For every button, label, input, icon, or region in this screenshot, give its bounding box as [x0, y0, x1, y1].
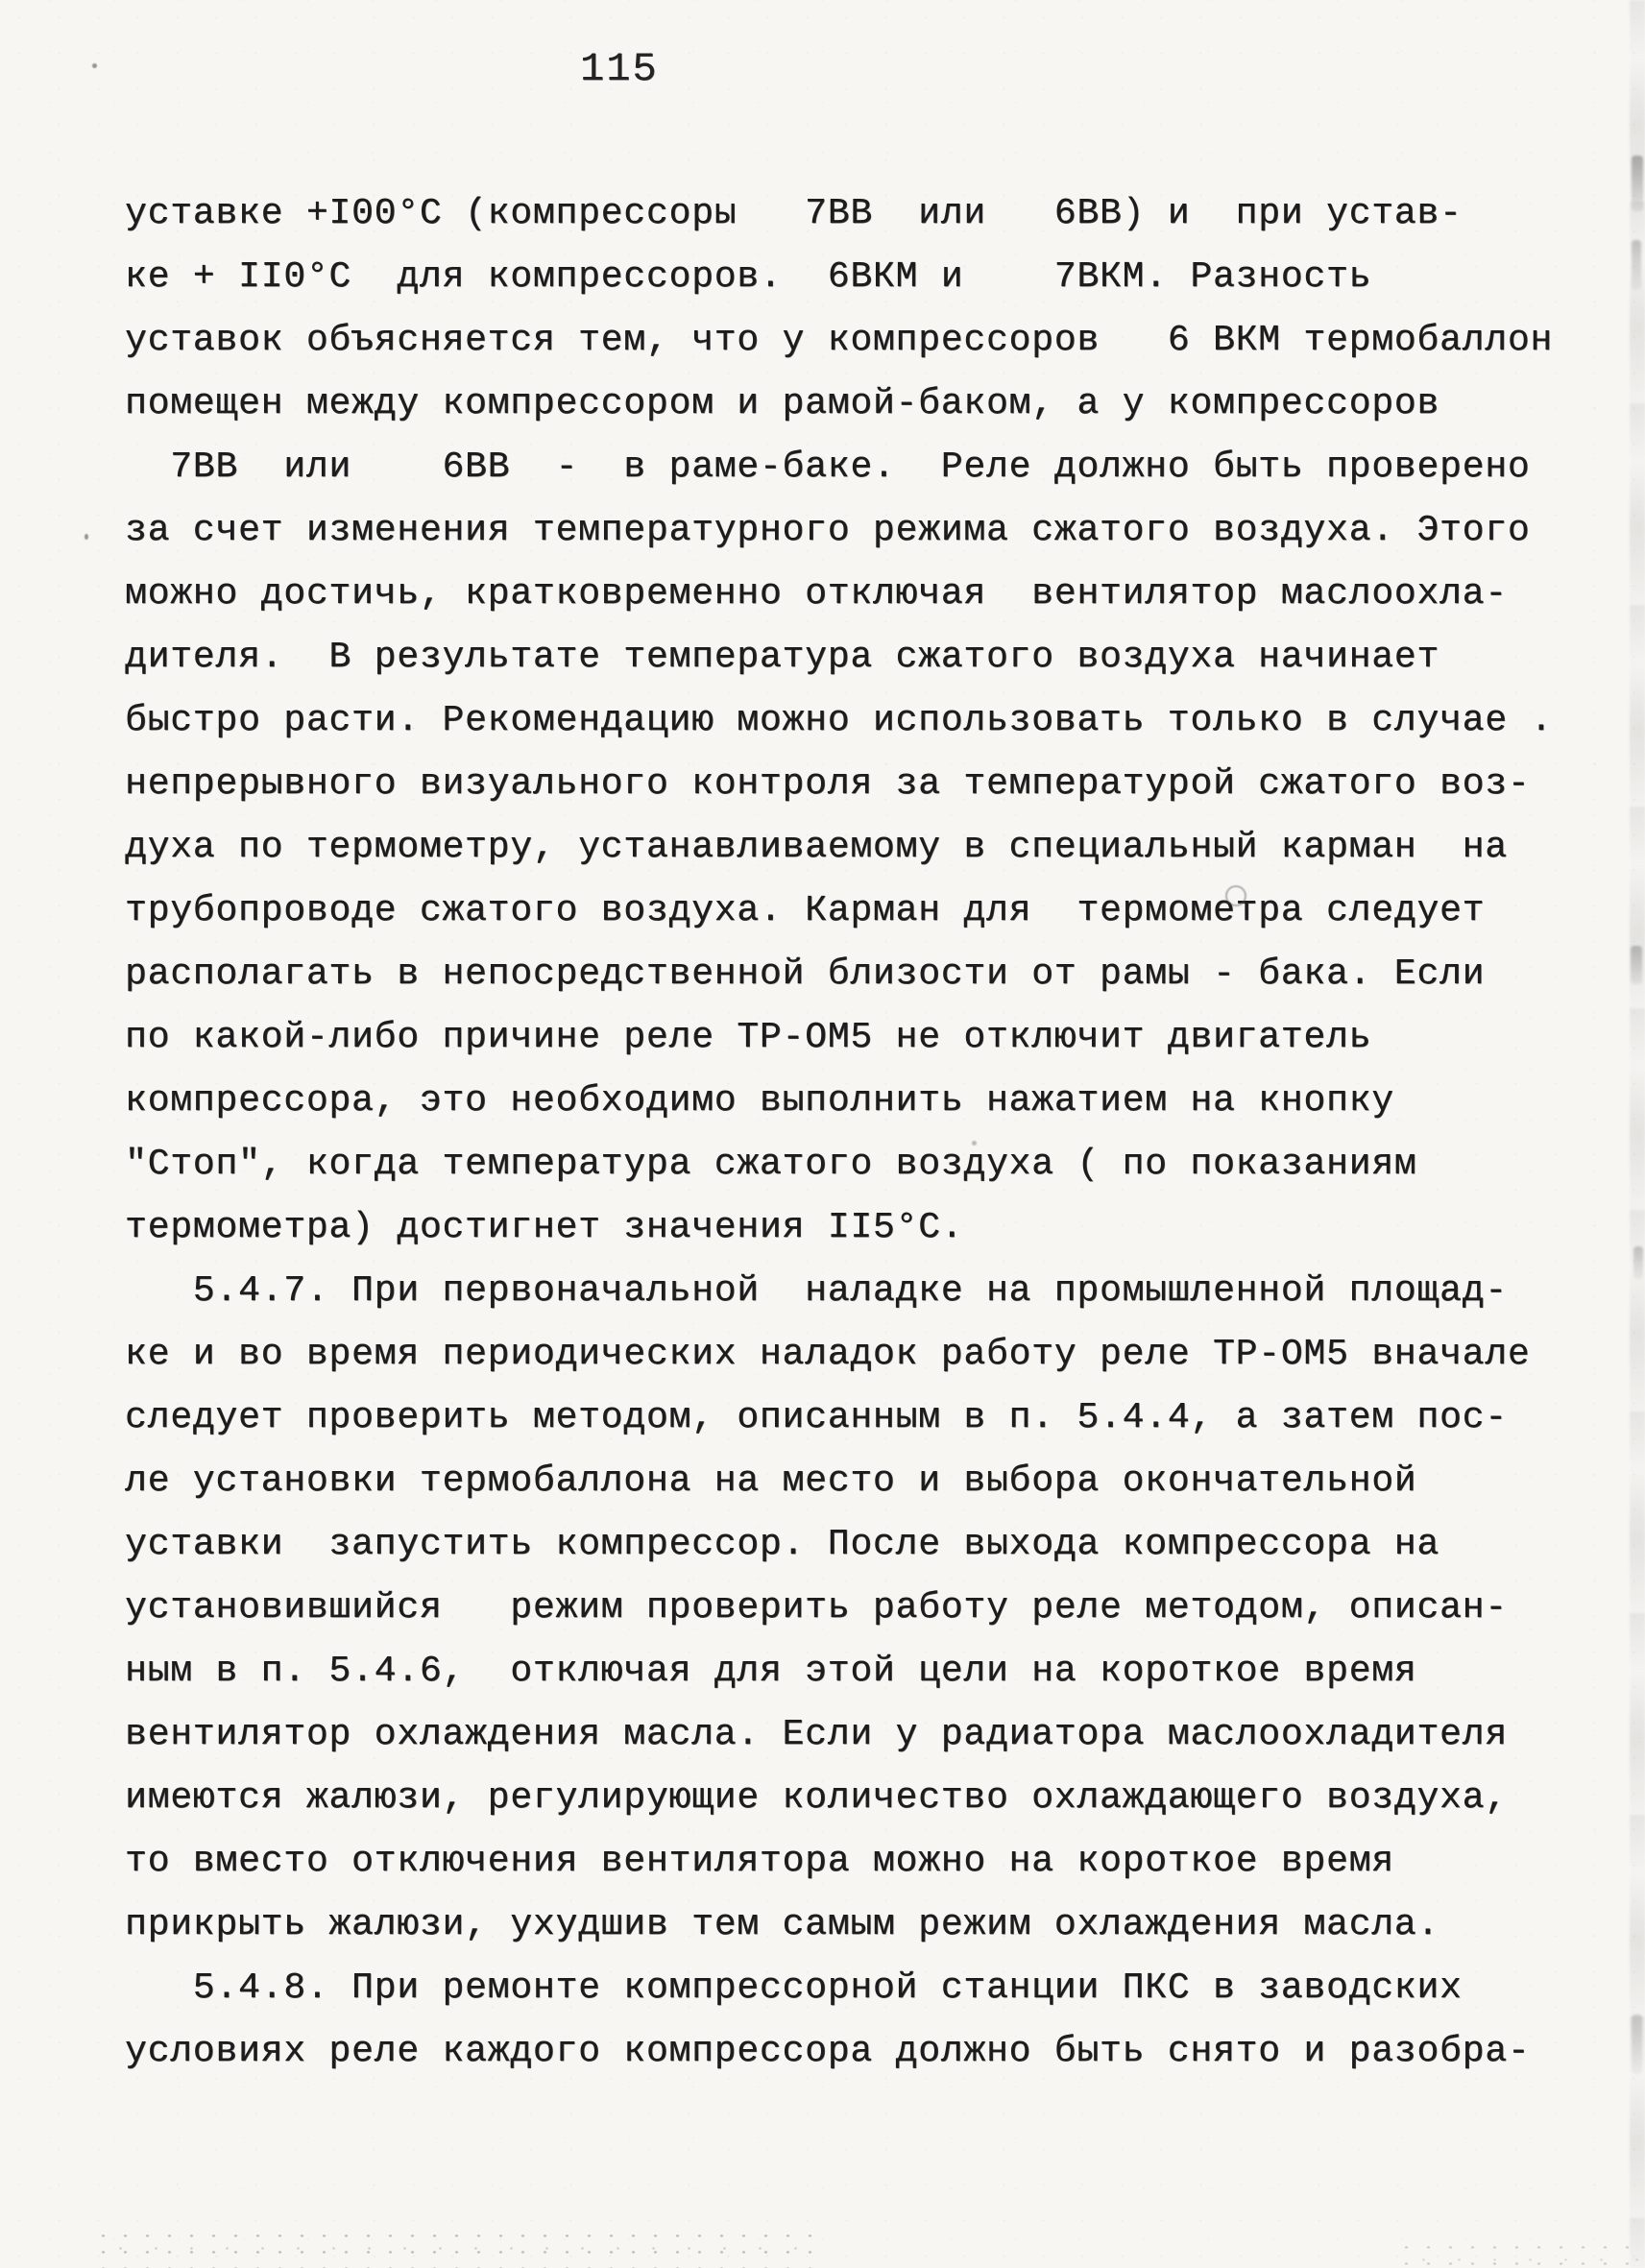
paragraph-p1: уставке +I00°С (компрессоры 7ВВ или 6ВВ)…	[125, 182, 1565, 1260]
scan-speckle-strip	[1395, 2239, 1645, 2268]
scan-smudge	[1632, 2015, 1642, 2074]
document-text-block: уставке +I00°С (компрессоры 7ВВ или 6ВВ)…	[125, 182, 1565, 2084]
text-line: уставки запустить компрессор. После выхо…	[125, 1513, 1565, 1577]
scan-speck	[85, 534, 88, 540]
scan-edge-shade	[1630, 0, 1645, 2268]
scan-speckle-strip	[92, 2228, 822, 2268]
text-line: 7ВВ или 6ВВ - в раме-баке. Реле должно б…	[125, 436, 1565, 499]
text-line: "Стоп", когда температура сжатого воздух…	[125, 1133, 1565, 1196]
text-line: быстро расти. Рекомендацию можно использ…	[125, 689, 1565, 753]
scan-smudge	[1633, 1246, 1643, 1279]
text-line: помещен между компрессором и рамой-баком…	[125, 373, 1565, 436]
text-line: можно достичь, кратковременно отключая в…	[125, 563, 1565, 626]
text-line: ле установки термобаллона на место и выб…	[125, 1450, 1565, 1513]
text-line: ке и во время периодических наладок рабо…	[125, 1323, 1565, 1387]
text-line: 5.4.7. При первоначальной наладке на про…	[125, 1260, 1565, 1323]
text-line: условиях реле каждого компрессора должно…	[125, 2020, 1565, 2084]
page-number: 115	[580, 46, 659, 92]
paragraph-p2: 5.4.7. При первоначальной наладке на про…	[125, 1260, 1565, 1957]
scan-speck	[92, 63, 97, 68]
text-line: уставке +I00°С (компрессоры 7ВВ или 6ВВ)…	[125, 182, 1565, 246]
text-line: дителя. В результате температура сжатого…	[125, 626, 1565, 689]
paragraph-p3: 5.4.8. При ремонте компрессорной станции…	[125, 1957, 1565, 2084]
text-line: по какой-либо причине реле ТР-ОМ5 не отк…	[125, 1006, 1565, 1070]
text-line: установившийся режим проверить работу ре…	[125, 1577, 1565, 1640]
text-line: духа по термометру, устанавливаемому в с…	[125, 816, 1565, 880]
text-line: за счет изменения температурного режима …	[125, 499, 1565, 563]
text-line: имеются жалюзи, регулирующие количество …	[125, 1767, 1565, 1830]
text-line: прикрыть жалюзи, ухудшив тем самым режим…	[125, 1894, 1565, 1957]
scanned-document-page: 115 уставке +I00°С (компрессоры 7ВВ или …	[0, 0, 1645, 2268]
text-line: ке + II0°С для компрессоров. 6ВКМ и 7ВКМ…	[125, 246, 1565, 309]
text-line: компрессора, это необходимо выполнить на…	[125, 1070, 1565, 1133]
scan-smudge	[1632, 156, 1643, 211]
text-line: следует проверить методом, описанным в п…	[125, 1387, 1565, 1450]
text-line: термометра) достигнет значения II5°С.	[125, 1196, 1565, 1260]
scan-smudge	[1632, 240, 1641, 290]
text-line: непрерывного визуального контроля за тем…	[125, 753, 1565, 816]
text-line: располагать в непосредственной близости …	[125, 943, 1565, 1006]
text-line: 5.4.8. При ремонте компрессорной станции…	[125, 1957, 1565, 2020]
text-line: ным в п. 5.4.6, отключая для этой цели н…	[125, 1640, 1565, 1703]
text-line: уставок объясняется тем, что у компрессо…	[125, 309, 1565, 373]
text-line: то вместо отключения вентилятора можно н…	[125, 1830, 1565, 1894]
scan-smudge	[1631, 946, 1642, 984]
text-line: вентилятор охлаждения масла. Если у ради…	[125, 1703, 1565, 1767]
text-line: трубопроводе сжатого воздуха. Карман для…	[125, 880, 1565, 943]
